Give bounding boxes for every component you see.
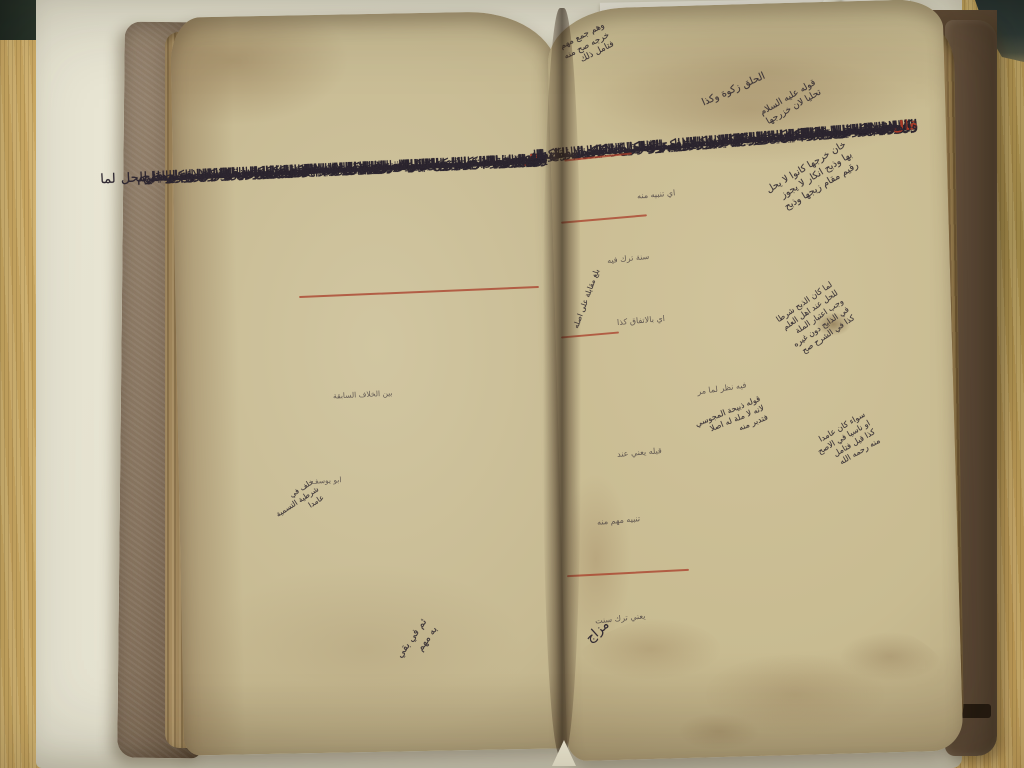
stain-left-bottom [205,564,525,734]
gutter-shadow [543,8,581,756]
photo-scene: ما ذبح في الحرم من الصيد والاطلاق في الح… [0,0,1024,768]
open-manuscript-book: ما ذبح في الحرم من الصيد والاطلاق في الح… [115,4,997,764]
stain-right-bottom-mottle [567,604,947,754]
